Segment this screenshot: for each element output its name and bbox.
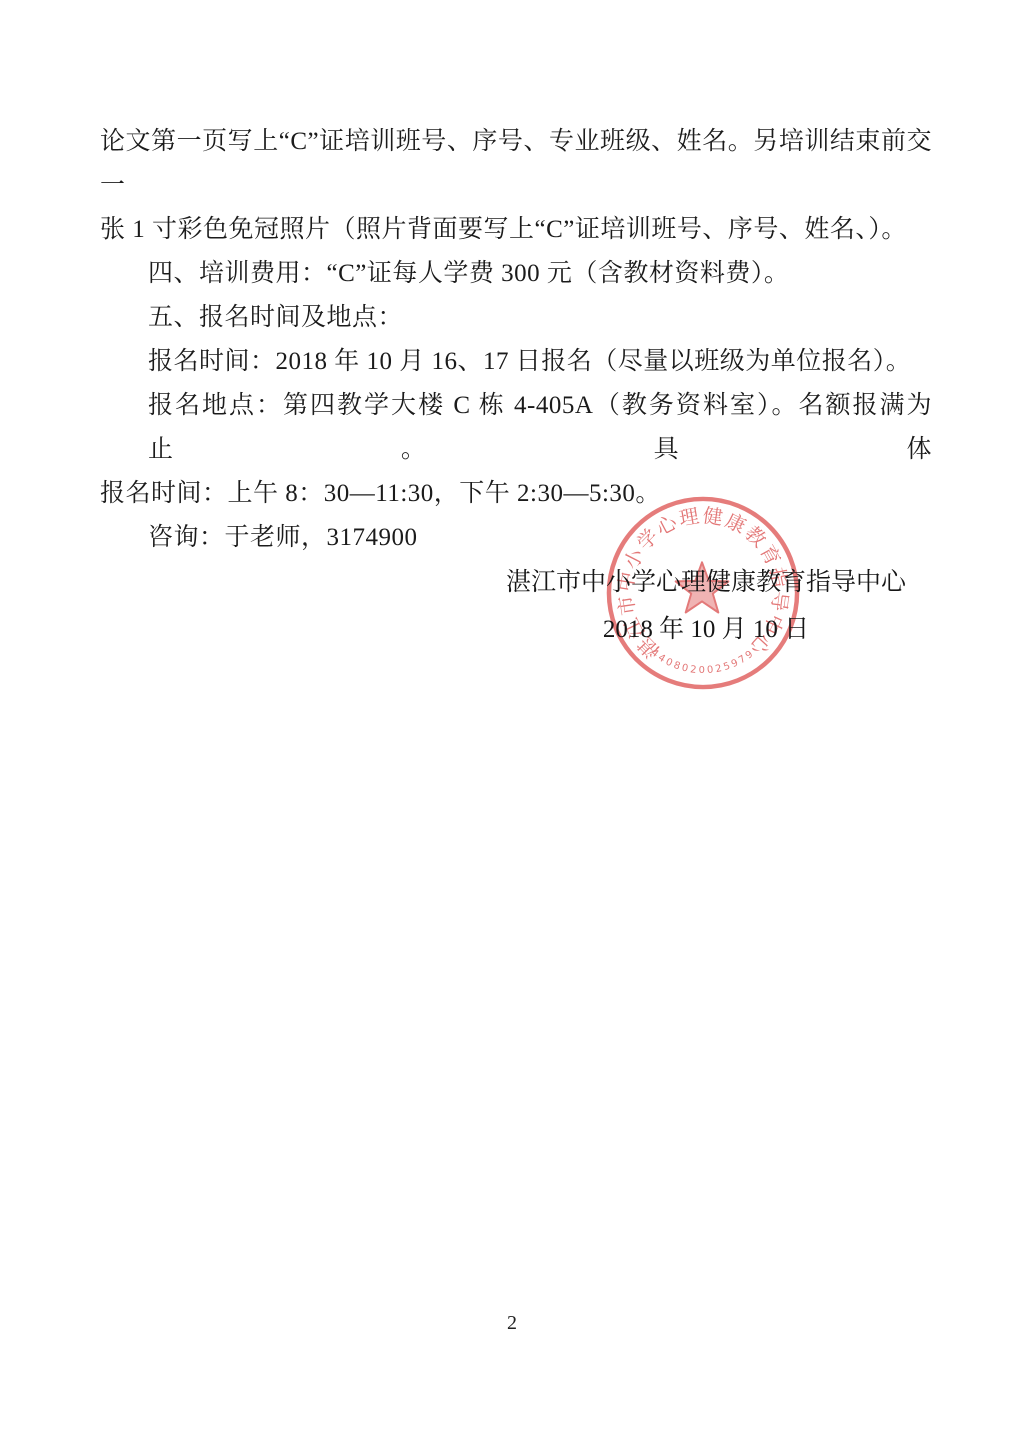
body-line-1: 论文第一页写上“C”证培训班号、序号、专业班级、姓名。另培训结束前交一 (100, 120, 932, 208)
body-line-2: 张 1 寸彩色免冠照片（照片背面要写上“C”证培训班号、序号、姓名、）。 (100, 208, 932, 252)
body-line-6: 报名地点：第四教学大楼 C 栋 4-405A（教务资料室）。名额报满为止。具体 (100, 384, 932, 472)
body-line-5: 报名时间：2018 年 10 月 16、17 日报名（尽量以班级为单位报名）。 (100, 340, 932, 384)
signature-organization: 湛江市中小学心理健康教育指导中心 (460, 560, 952, 606)
body-line-3: 四、培训费用：“C”证每人学费 300 元（含教材资料费）。 (100, 252, 932, 296)
document-page: 论文第一页写上“C”证培训班号、序号、专业班级、姓名。另培训结束前交一 张 1 … (0, 0, 1024, 1448)
signature-date: 2018 年 10 月 10 日 (460, 607, 952, 653)
document-body: 论文第一页写上“C”证培训班号、序号、专业班级、姓名。另培训结束前交一 张 1 … (100, 120, 932, 560)
page-number: 2 (0, 1312, 1024, 1335)
body-line-4: 五、报名时间及地点： (100, 296, 932, 340)
body-line-8: 咨询：于老师，3174900 (100, 516, 932, 560)
body-line-7: 报名时间：上午 8：30—11:30，下午 2:30—5:30。 (100, 472, 932, 516)
